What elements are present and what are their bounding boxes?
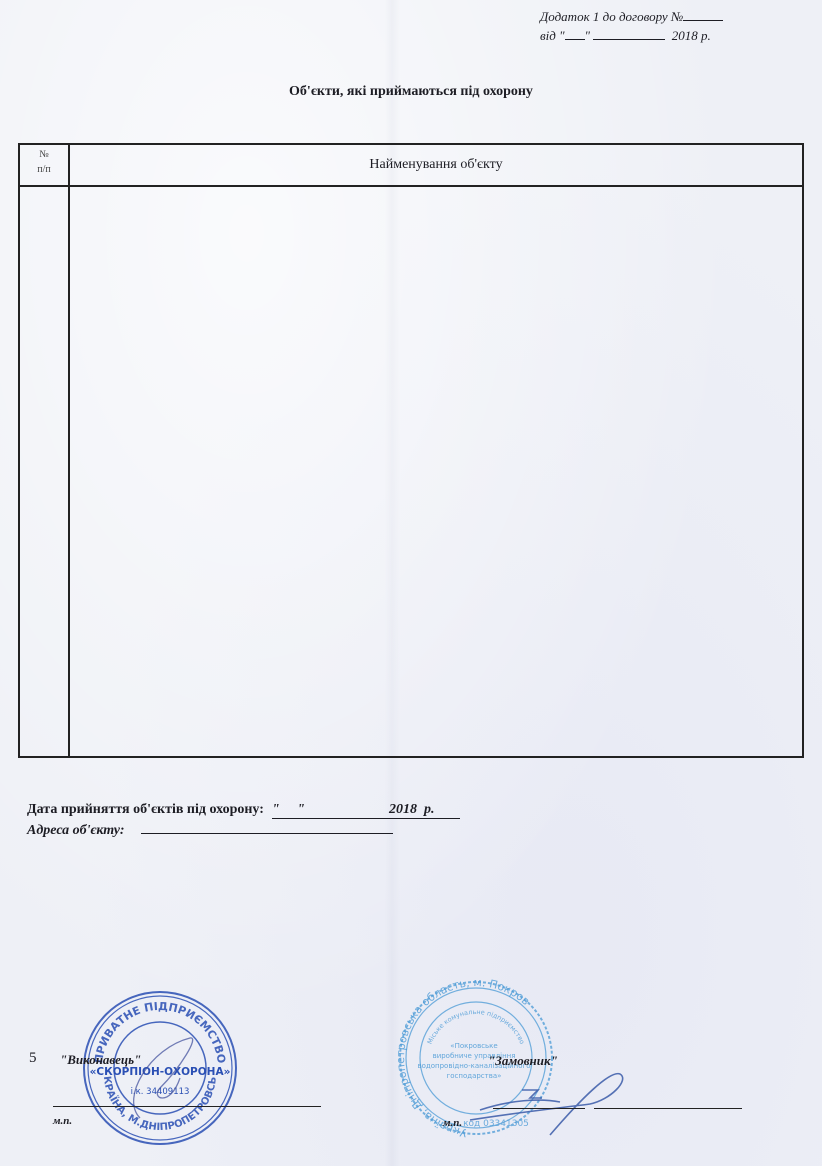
executor-seal-mark: м.п. [53,1115,72,1127]
table-body-empty[interactable] [70,187,802,756]
customer-stamp-inner-ring: Міське комунальне підприємство [426,1008,527,1045]
objects-table: № п/п Найменування об'єкту [18,143,804,758]
address-label: Адреса об'єкту: [27,823,125,838]
annex-text: Додаток 1 до договору № [540,9,683,24]
acceptance-date-field[interactable]: " " 2018 р. [272,802,460,819]
customer-seal-mark: м.п. [443,1117,462,1129]
customer-signature [460,1060,640,1140]
acceptance-date-label: Дата прийняття об'єктів під охорону: [27,802,264,817]
customer-label: "Замовник" [488,1053,558,1069]
annex-date-mid: " [585,28,594,43]
address-field[interactable] [141,821,393,834]
svg-text:Міське комунальне підприємство: Міське комунальне підприємство [426,1008,527,1045]
customer-name-line[interactable] [594,1108,742,1109]
executor-stamp: ПРИВАТНЕ ПІДПРИЄМСТВО УКРАЇНА, М.ДНІПРОП… [80,988,240,1148]
number-sign: № [20,147,68,162]
page-title: Об'єкти, які приймаються під охорону [0,84,822,100]
customer-signature-line[interactable] [493,1108,585,1109]
column-header-name: Найменування об'єкту [70,157,802,173]
customer-stamp-line: «Покровське [450,1042,497,1050]
contract-number-blank[interactable] [683,9,723,21]
annex-reference: Додаток 1 до договору № [540,9,723,25]
executor-label: "Виконавець" [60,1052,141,1068]
executor-signature-line[interactable] [53,1106,321,1107]
annex-date-year: 2018 р. [665,28,711,43]
column-header-number: № п/п [20,147,68,177]
month-blank[interactable] [593,28,665,40]
number-abbrev: п/п [20,162,68,177]
annex-date: від "" 2018 р. [540,28,711,44]
day-blank[interactable] [565,28,585,40]
acceptance-date-row: Дата прийняття об'єктів під охорону:" " … [27,802,460,819]
annex-date-prefix: від " [540,28,565,43]
address-row: Адреса об'єкту: [27,821,393,839]
page-number: 5 [29,1050,37,1067]
